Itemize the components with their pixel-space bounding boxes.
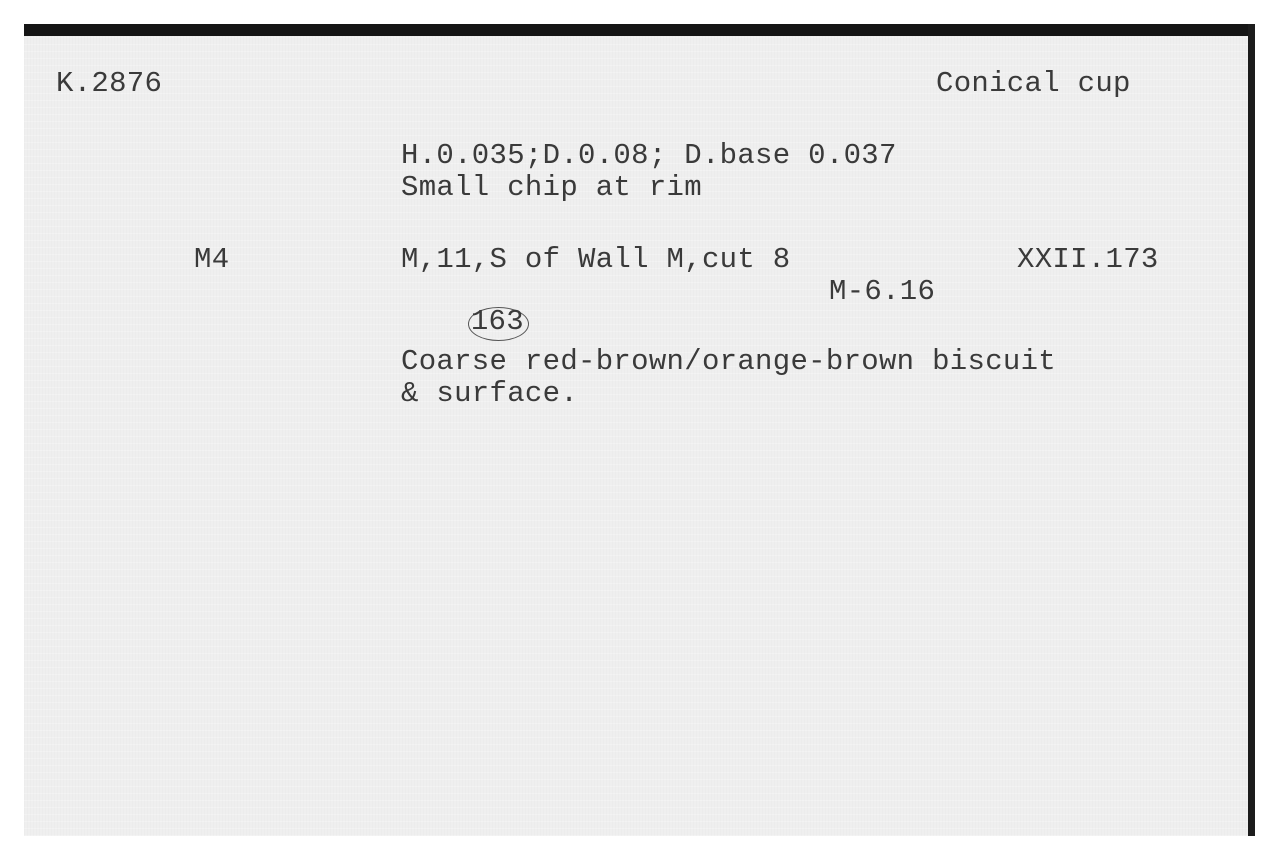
fabric-description-line1: Coarse red-brown/orange-brown biscuit <box>401 347 1056 377</box>
card-right-edge <box>1248 24 1255 836</box>
index-card: K.2876 Conical cup H.0.035;D.0.08; D.bas… <box>24 24 1255 836</box>
object-type: Conical cup <box>936 69 1131 99</box>
fabric-description-line2: & surface. <box>401 379 578 409</box>
date-reference: M-6.16 <box>829 277 935 307</box>
dimensions: H.0.035;D.0.08; D.base 0.037 <box>401 141 897 171</box>
card-top-edge <box>24 24 1255 36</box>
circled-number: 163 <box>468 307 529 341</box>
findspot: M,11,S of Wall M,cut 8 <box>401 245 790 275</box>
condition-note: Small chip at rim <box>401 173 702 203</box>
catalog-number: K.2876 <box>56 69 162 99</box>
area-code: M4 <box>194 245 229 275</box>
notebook-reference: XXII.173 <box>1017 245 1159 275</box>
